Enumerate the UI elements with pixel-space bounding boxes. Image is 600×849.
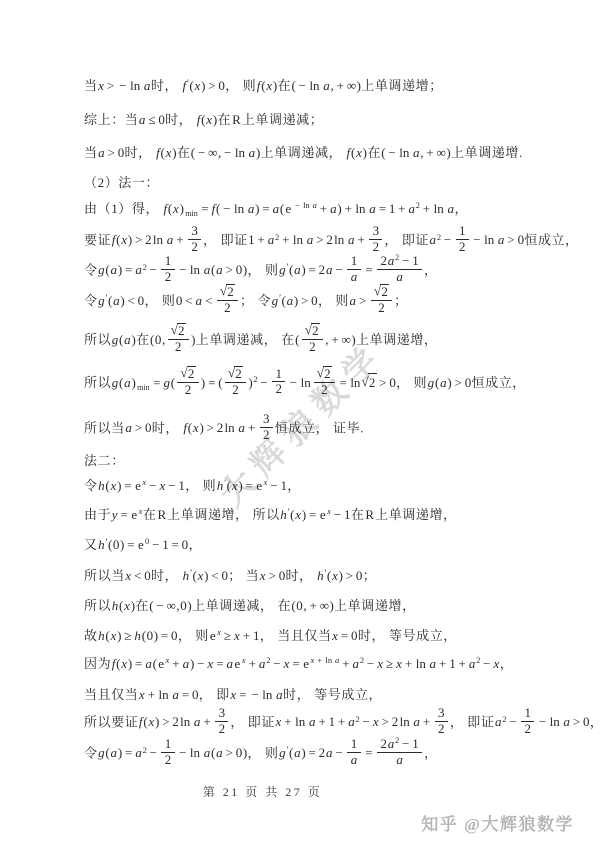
math-line-9: 所以g(a)在(0,√22)上单调递减， 在(√22,+∞)上单调递增， — [84, 325, 438, 357]
page-number-text: 第 21 页 共 27 页 — [203, 785, 323, 799]
math-line-10: 所以g(a)min=g(√22)=(√22)2−12−ln√22=ln√2>0，… — [84, 368, 526, 400]
math-line-8: 令g′(a)<0， 则0<a<√22； 令g′(a)>0， 则a>√22； — [84, 286, 408, 318]
document-page: 大辉狼数学 当x>−ln a时， f′(x)>0， 则f(x)在(−ln a,+… — [0, 0, 600, 849]
math-line-2: 综上：当a≤0时， f(x)在R上单调递减； — [84, 111, 323, 129]
zhihu-attribution: 知乎 @大辉狼数学 — [421, 810, 574, 835]
math-line-13: 令h(x)=ex−x−1， 则h′(x)=ex−1， — [84, 477, 301, 495]
math-line-4: （2）法一： — [84, 174, 159, 192]
math-line-19: 因为f(x)=a(ex+a)−x=aex+a2−x=ex+ln a+a2−x≥x… — [84, 655, 513, 673]
math-line-18: 故h(x)≥h(0)=0， 则ex≥x+1， 当且仅当x=0时， 等号成立， — [84, 627, 457, 645]
math-line-12: 法二： — [84, 452, 125, 470]
math-line-16: 所以当x<0时， h′(x)<0； 当x>0时， h′(x)>0； — [84, 567, 376, 585]
math-line-11: 所以当a>0时， f(x)>2ln a+32恒成立， 证毕. — [84, 414, 364, 445]
math-line-15: 又h′(0)=e0−1=0， — [84, 536, 202, 554]
math-line-7: 令g(a)=a2−12−ln a(a>0)， 则g′(a)=2a−1a=2a2−… — [84, 256, 438, 287]
math-line-17: 所以h(x)在(−∞,0)上单调递减， 在(0,+∞)上单调递增， — [84, 597, 416, 615]
math-line-21: 所以要证f(x)>2ln a+32， 即证x+ln a+1+a2−x>2ln a… — [84, 708, 600, 739]
math-line-14: 由于y=ex在R上单调递增， 所以h′(x)=ex−1在R上单调递增， — [84, 506, 457, 524]
math-line-1: 当x>−ln a时， f′(x)>0， 则f(x)在(−ln a,+∞)上单调递… — [84, 77, 443, 95]
math-line-6: 要证f(x)>2ln a+32， 即证1+a2+ln a>2ln a+32， 即… — [84, 226, 579, 257]
math-line-22: 令g(a)=a2−12−ln a(a>0)， 则g′(a)=2a−1a=2a2−… — [84, 739, 438, 770]
page-footer: 第 21 页 共 27 页 — [0, 783, 525, 800]
math-line-5: 由（1）得， f(x)min=f(−ln a)=a(e−ln a+a)+ln a… — [84, 200, 468, 218]
math-line-20: 当且仅当x+ln a=0， 即x=−ln a时， 等号成立， — [84, 686, 382, 704]
math-line-3: 当a>0时， f(x)在(−∞,−ln a)上单调递减， f(x)在(−ln a… — [84, 144, 523, 162]
lines-layer: 当x>−ln a时， f′(x)>0， 则f(x)在(−ln a,+∞)上单调递… — [0, 0, 600, 849]
